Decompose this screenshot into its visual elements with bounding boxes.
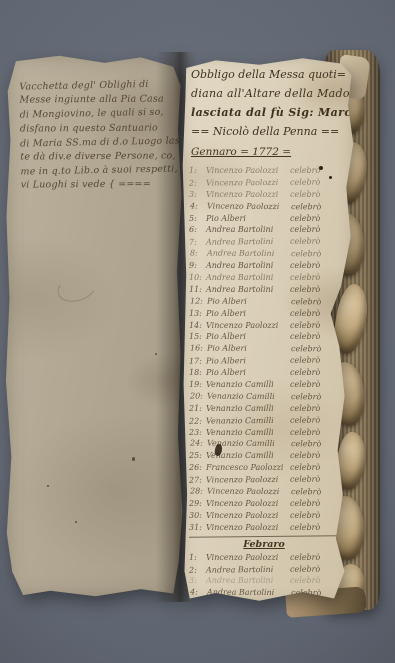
entry-celebrant-name: Pio Alberi bbox=[206, 214, 290, 223]
entry-action: celebrò bbox=[290, 553, 320, 562]
entry-action: celebrò bbox=[290, 356, 320, 365]
entry-celebrant-name: Vincenzo Paolozzi bbox=[206, 321, 290, 330]
entry-action: celebrò bbox=[290, 576, 320, 585]
mass-entry-row: 13: Pio Alberi celebrò bbox=[189, 309, 347, 321]
mass-entry-row: 8: Andrea Bartolini celebrò bbox=[190, 249, 348, 262]
entry-celebrant-name: Venanzio Camilli bbox=[206, 380, 290, 389]
entry-day-number: 16: bbox=[190, 344, 207, 353]
entry-action: celebrò bbox=[290, 463, 320, 472]
entry-celebrant-name: Pio Alberi bbox=[206, 368, 290, 377]
entry-day-number: 17: bbox=[189, 357, 206, 366]
entry-celebrant-name: Andrea Bartolini bbox=[206, 225, 290, 234]
mass-entry-row: 1: Vincenzo Paolozzi celebrò bbox=[189, 166, 347, 178]
mass-entry-row: 19: Venanzio Camilli celebrò bbox=[189, 380, 347, 392]
left-page-text-line: di Mongiovino, le quali si so, bbox=[20, 106, 176, 123]
entry-day-number: 11: bbox=[189, 285, 206, 294]
entry-celebrant-name: Vincenzo Paolozzi bbox=[206, 475, 290, 485]
entry-celebrant-name: Venanzio Camilli bbox=[206, 416, 290, 426]
entry-celebrant-name: Vincenzo Paolozzi bbox=[206, 166, 290, 175]
entry-day-number: 30: bbox=[189, 511, 206, 520]
mass-entry-row: 11: Andrea Bartolini celebrò bbox=[189, 285, 347, 297]
entry-celebrant-name: Pio Alberi bbox=[207, 296, 291, 306]
entry-day-number: 27: bbox=[189, 476, 206, 485]
mass-entry-row: 3: Vincenzo Paolozzi celebrò bbox=[189, 190, 347, 202]
month-heading-febraro: Febraro bbox=[181, 539, 347, 550]
mass-entry-row: 21: Venanzio Camilli celebrò bbox=[189, 404, 347, 416]
book: Vacchetta degl' Oblighi di Messe ingiunt… bbox=[0, 0, 395, 663]
entry-action: celebrò bbox=[290, 166, 320, 175]
entry-celebrant-name: Vincenzo Paolozzi bbox=[206, 499, 290, 508]
mass-entry-row: 3: Andrea Bartolini celebrò bbox=[189, 576, 347, 588]
entry-day-number: 18: bbox=[189, 368, 206, 377]
mass-entry-row: 17: Pio Alberi celebrò bbox=[189, 356, 347, 369]
left-page-text-line: vi Luoghi si vede { ==== bbox=[21, 178, 177, 193]
entry-celebrant-name: Pio Alberi bbox=[207, 344, 291, 354]
entry-celebrant-name: Pio Alberi bbox=[206, 332, 290, 341]
entry-day-number: 21: bbox=[189, 404, 206, 413]
entry-day-number: 26: bbox=[189, 463, 206, 472]
entry-day-number: 19: bbox=[189, 380, 206, 389]
month-heading-gennaro: Gennaro = 1772 = bbox=[191, 146, 291, 158]
mass-entry-row: 4: Vincenzo Paolozzi celebrò bbox=[190, 201, 348, 214]
entry-action: celebrò bbox=[291, 249, 321, 258]
mass-entry-row: 31: Vincenzo Paolozzi celebrò bbox=[189, 523, 347, 535]
entry-day-number: 4: bbox=[190, 587, 207, 596]
entry-day-number: 4: bbox=[190, 201, 207, 210]
mass-entry-row: 14: Vincenzo Paolozzi celebrò bbox=[189, 321, 347, 333]
entry-action: celebrò bbox=[291, 588, 321, 597]
entry-day-number: 1: bbox=[189, 553, 206, 562]
entry-celebrant-name: Venanzio Camilli bbox=[207, 391, 291, 401]
mass-entry-row: 22: Venanzio Camilli celebrò bbox=[189, 415, 347, 428]
entry-celebrant-name: Andrea Bartolini bbox=[206, 237, 290, 247]
entry-action: celebrò bbox=[290, 415, 320, 424]
entry-day-number: 3: bbox=[189, 190, 206, 199]
entry-action: celebrò bbox=[291, 297, 321, 306]
entry-action: celebrò bbox=[290, 261, 320, 270]
entry-celebrant-name: Venanzio Camilli bbox=[206, 404, 290, 413]
entry-day-number: 10: bbox=[189, 273, 206, 282]
mass-entry-row: 29: Vincenzo Paolozzi celebrò bbox=[189, 499, 347, 511]
entry-day-number: 2: bbox=[189, 178, 206, 187]
entry-day-number: 7: bbox=[189, 238, 206, 247]
mass-entry-row: 30: Vincenzo Paolozzi celebrò bbox=[189, 511, 347, 523]
mass-entry-row: 10: Andrea Bartolini celebrò bbox=[189, 273, 347, 285]
entry-action: celebrò bbox=[291, 345, 321, 354]
mass-entry-row: 2: Andrea Bartolini celebrò bbox=[189, 564, 347, 577]
entry-celebrant-name: Vincenzo Paolozzi bbox=[206, 553, 290, 562]
header-text-line: Obbligo della Messa quoti= bbox=[191, 65, 349, 84]
entry-day-number: 29: bbox=[189, 499, 206, 508]
ink-speck bbox=[75, 521, 77, 523]
entry-day-number: 3: bbox=[189, 576, 206, 585]
entry-action: celebrò bbox=[290, 225, 320, 234]
entry-celebrant-name: Vincenzo Paolozzi bbox=[206, 178, 290, 188]
entry-day-number: 24: bbox=[190, 439, 207, 448]
entry-day-number: 25: bbox=[189, 451, 206, 460]
entry-day-number: 23: bbox=[189, 428, 206, 437]
entry-action: celebrò bbox=[290, 273, 320, 282]
entry-celebrant-name: Vincenzo Paolozzi bbox=[207, 487, 291, 497]
entry-celebrant-name: Venanzio Camilli bbox=[206, 428, 290, 437]
entry-day-number: 31: bbox=[189, 523, 206, 532]
entry-celebrant-name: Vincenzo Paolozzi bbox=[206, 523, 290, 532]
header-text-line: == Nicolò della Penna == bbox=[191, 122, 349, 141]
entry-action: celebrò bbox=[290, 523, 320, 532]
obligation-header: Obbligo della Messa quoti= diana all'Alt… bbox=[191, 65, 349, 141]
entry-action: celebrò bbox=[290, 404, 320, 413]
entry-action: celebrò bbox=[290, 285, 320, 294]
entry-day-number: 1: bbox=[189, 166, 206, 175]
header-text-line: diana all'Altare della Madoña bbox=[191, 84, 349, 103]
entry-celebrant-name: Andrea Bartolini bbox=[207, 587, 291, 597]
entry-celebrant-name: Vincenzo Paolozzi bbox=[206, 511, 290, 520]
entry-action: celebrò bbox=[290, 511, 320, 520]
entry-day-number: 2: bbox=[189, 565, 206, 574]
entry-day-number: 13: bbox=[189, 309, 206, 318]
mass-entry-row: 20: Venanzio Camilli celebrò bbox=[190, 391, 348, 404]
mass-entry-row: 4: Andrea Bartolini celebrò bbox=[190, 587, 348, 600]
entry-day-number: 5: bbox=[189, 214, 206, 223]
entry-action: celebrò bbox=[291, 392, 321, 401]
entry-day-number: 15: bbox=[189, 332, 206, 341]
entry-action: celebrò bbox=[291, 487, 321, 496]
entry-action: celebrò bbox=[290, 214, 320, 223]
entry-celebrant-name: Vincenzo Paolozzi bbox=[206, 190, 290, 199]
entry-action: celebrò bbox=[290, 475, 320, 484]
entry-action: celebrò bbox=[290, 564, 320, 573]
entry-celebrant-name: Andrea Bartolini bbox=[206, 261, 290, 270]
entry-celebrant-name: Andrea Bartolini bbox=[206, 564, 290, 574]
entry-action: celebrò bbox=[290, 190, 320, 199]
mass-entry-row: 26: Francesco Paolozzi celebrò bbox=[189, 463, 347, 475]
entry-day-number: 12: bbox=[190, 296, 207, 305]
mass-entry-row: 9: Andrea Bartolini celebrò bbox=[189, 261, 347, 273]
entry-celebrant-name: Francesco Paolozzi bbox=[206, 463, 290, 472]
mass-entry-row: 25: Venanzio Camilli celebrò bbox=[189, 451, 347, 463]
entry-celebrant-name: Andrea Bartolini bbox=[207, 249, 291, 259]
entry-action: celebrò bbox=[290, 321, 320, 330]
entry-action: celebrò bbox=[290, 428, 320, 437]
manuscript-photo: Vacchetta degl' Oblighi di Messe ingiunt… bbox=[0, 0, 395, 663]
entry-celebrant-name: Andrea Bartolini bbox=[206, 576, 290, 585]
entry-action: celebrò bbox=[291, 202, 321, 211]
entry-celebrant-name: Vincenzo Paolozzi bbox=[207, 201, 291, 211]
entry-action: celebrò bbox=[290, 237, 320, 246]
entry-action: celebrò bbox=[290, 499, 320, 508]
entry-action: celebrò bbox=[290, 451, 320, 460]
mass-entry-row: 2: Vincenzo Paolozzi celebrò bbox=[189, 177, 347, 190]
entry-action: celebrò bbox=[291, 440, 321, 449]
mass-entry-row: 15: Pio Alberi celebrò bbox=[189, 332, 347, 344]
entry-celebrant-name: Pio Alberi bbox=[206, 356, 290, 366]
entry-celebrant-name: Pio Alberi bbox=[206, 309, 290, 318]
entry-day-number: 14: bbox=[189, 321, 206, 330]
entry-day-number: 6: bbox=[189, 225, 206, 234]
entry-day-number: 9: bbox=[189, 261, 206, 270]
entry-day-number: 8: bbox=[190, 249, 207, 258]
header-text-line: lasciata dal fù Sig: March.se bbox=[191, 103, 349, 122]
entry-celebrant-name: Andrea Bartolini bbox=[206, 285, 290, 294]
mass-entry-row: 1: Vincenzo Paolozzi celebrò bbox=[189, 553, 347, 565]
febraro-entries-list: 1: Vincenzo Paolozzi celebrò 2: Andrea B… bbox=[189, 553, 347, 599]
entry-day-number: 22: bbox=[189, 416, 206, 425]
gennaro-entries-list: 1: Vincenzo Paolozzi celebrò 2: Vincenzo… bbox=[189, 166, 347, 535]
ink-speck bbox=[132, 457, 135, 461]
mass-entry-row: 18: Pio Alberi celebrò bbox=[189, 368, 347, 380]
entry-celebrant-name: Andrea Bartolini bbox=[206, 273, 290, 282]
entry-action: celebrò bbox=[290, 309, 320, 318]
entry-action: celebrò bbox=[290, 368, 320, 377]
mass-entry-row: 5: Pio Alberi celebrò bbox=[189, 214, 347, 226]
ink-speck bbox=[47, 485, 49, 487]
left-page-title-text: Vacchetta degl' Oblighi di Messe ingiunt… bbox=[19, 78, 177, 194]
entry-day-number: 20: bbox=[190, 391, 207, 400]
entry-day-number: 28: bbox=[190, 487, 207, 496]
right-page: Obbligo della Messa quoti= diana all'Alt… bbox=[181, 56, 355, 604]
mass-entry-row: 12: Pio Alberi celebrò bbox=[190, 296, 348, 309]
mass-entry-row: 28: Vincenzo Paolozzi celebrò bbox=[190, 487, 348, 500]
entry-action: celebrò bbox=[290, 332, 320, 341]
entry-action: celebrò bbox=[290, 177, 320, 186]
entry-action: celebrò bbox=[290, 380, 320, 389]
